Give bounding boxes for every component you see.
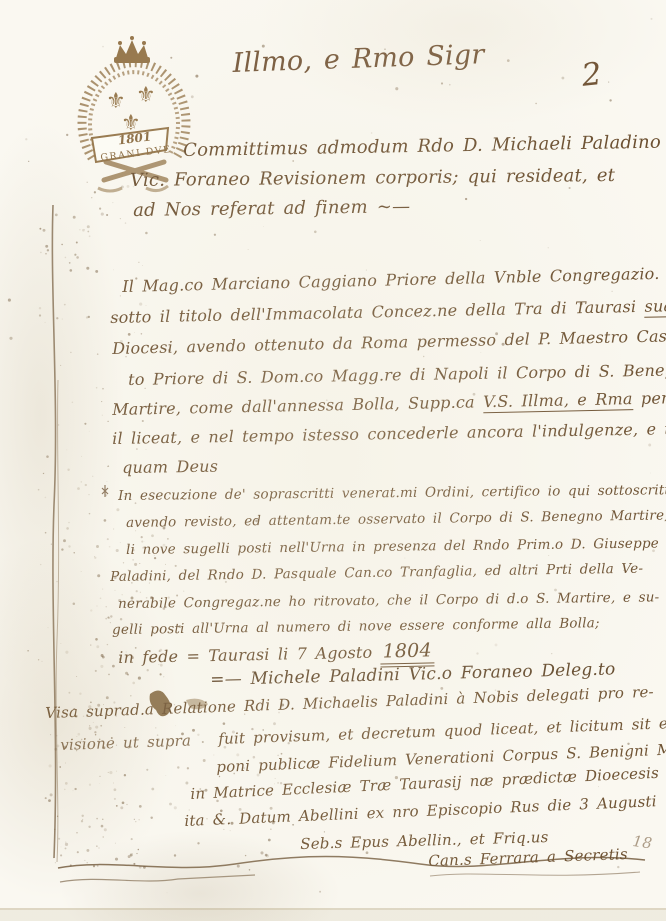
manuscript-line: to Priore di S. Dom.co Magg.re di Napoli…	[128, 360, 666, 389]
margin-note: visione ut supra	[60, 731, 191, 754]
manuscript-line: nerabile Congregaz.ne ho ritrovato, che …	[118, 589, 659, 612]
manuscript-line: In esecuzione de' soprascritti venerat.m…	[118, 481, 666, 504]
dateline: in fede = Taurasi li 7 Agosto 1804	[118, 639, 434, 668]
manuscript-line: quam Deus	[122, 457, 218, 477]
manuscript-line: il liceat, e nel tempo istesso concederl…	[112, 419, 666, 448]
manuscript-line: Vic. Foraneo Revisionem corporis; qui re…	[130, 165, 615, 191]
manuscript-line: Paladini, del Rndo D. Pasquale Can.co Tr…	[110, 561, 643, 585]
underlined-phrase: V.S. Illma, e Rma	[483, 389, 633, 413]
salutation: Illmo, e Rmo Sigr	[232, 39, 485, 79]
line-segment: Martire, come dall'annessa Bolla, Supp.c…	[112, 392, 483, 419]
secretary-signature: Can.s Ferrara a Secretis	[428, 845, 628, 870]
line-segment: per	[632, 388, 666, 408]
faint-mark: 18	[631, 832, 653, 853]
underlined-word: sua	[644, 296, 666, 318]
manuscript-line: avendo revisto, ed attentam.te osservato…	[126, 507, 666, 531]
manuscript-line: Martire, come dall'annessa Bolla, Supp.c…	[112, 388, 666, 419]
manuscript-page: ⚜ ⚜ ⚜ 1801 GRANI DVE Illmo, e Rmo Sigr 2…	[0, 0, 666, 921]
manuscript-line: Diocesi, avendo ottenuto da Roma permess…	[112, 326, 666, 358]
year-1804: 1804	[380, 639, 434, 667]
line-segment: in fede = Taurasi li 7 Agosto	[118, 643, 381, 667]
page-number: 2	[580, 56, 604, 94]
manuscript-line: gelli posti all'Urna al numero di nove e…	[112, 615, 600, 638]
manuscript-line: sotto il titolo dell'Immacolata Concez.n…	[110, 296, 666, 327]
manuscript-line: Visa suprad.a Relatione Rdi D. Michaelis…	[45, 683, 654, 722]
manuscript-line: Committimus admodum Rdo D. Michaeli Pala…	[183, 131, 666, 161]
manuscript-line: li nove sugelli posti nell'Urna in prese…	[126, 535, 659, 558]
line-segment: sotto il titolo dell'Immacolata Concez.n…	[110, 297, 645, 327]
manuscript-line: ad Nos referat ad finem ~—	[133, 196, 410, 221]
manuscript-line: Il Mag.co Marciano Caggiano Priore della…	[122, 264, 660, 296]
scan-edge-band	[0, 908, 666, 921]
